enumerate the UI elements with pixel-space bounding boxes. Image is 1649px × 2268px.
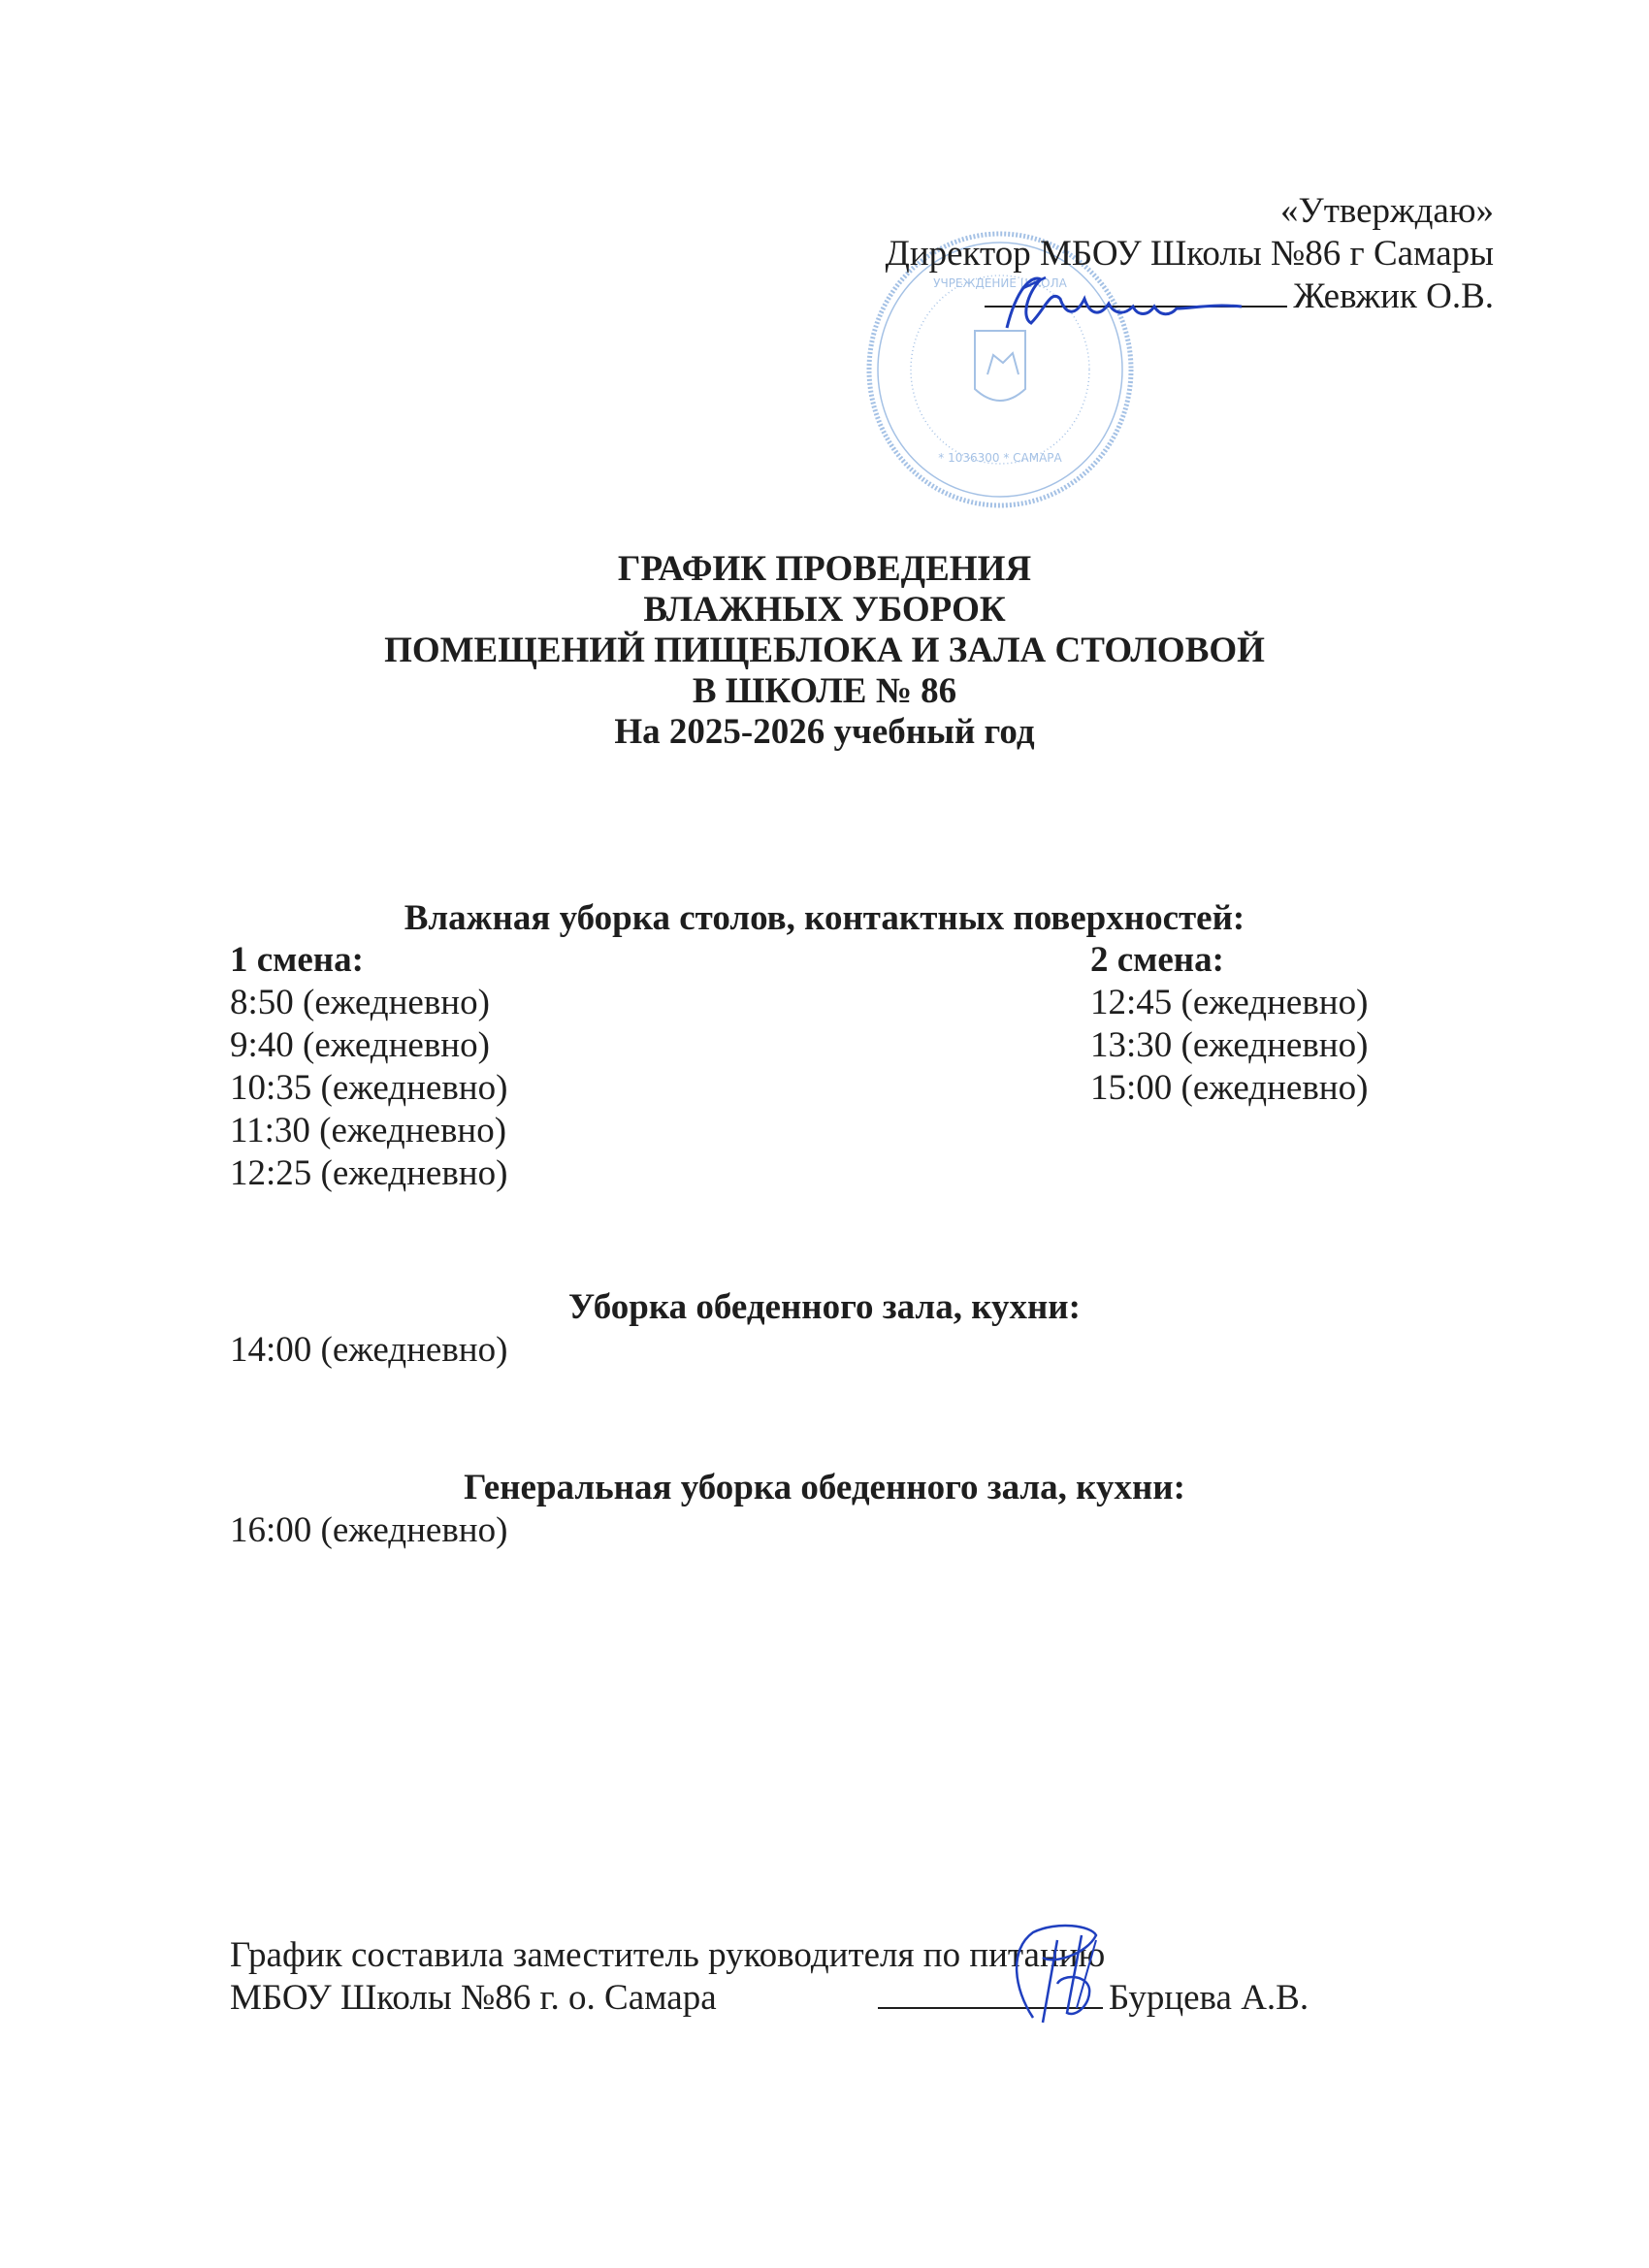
- compiler-signature-line: Бурцева А.В.: [878, 1977, 1309, 2020]
- schedule-item: 9:40 (ежедневно): [230, 1024, 507, 1067]
- schedule-item: 10:35 (ежедневно): [230, 1067, 507, 1110]
- general-cleaning-schedule: 16:00 (ежедневно): [230, 1509, 507, 1552]
- title-line: ВЛАЖНЫХ УБОРОК: [0, 590, 1649, 631]
- director-position: Директор МБОУ Школы №86 г Самары: [886, 233, 1494, 275]
- document-title: ГРАФИК ПРОВЕДЕНИЯ ВЛАЖНЫХ УБОРОК ПОМЕЩЕН…: [0, 549, 1649, 753]
- director-name: Жевжик О.В.: [1293, 276, 1494, 316]
- schedule-item: 12:25 (ежедневно): [230, 1152, 507, 1195]
- section-heading-hall-cleaning: Уборка обеденного зала, кухни:: [0, 1286, 1649, 1329]
- svg-text:* 1036300 * САМАРА: * 1036300 * САМАРА: [938, 451, 1062, 465]
- schedule-item: 14:00 (ежедневно): [230, 1329, 507, 1372]
- approve-label: «Утверждаю»: [886, 190, 1494, 233]
- schedule-item: 12:45 (ежедневно): [1090, 982, 1368, 1024]
- approval-block: «Утверждаю» Директор МБОУ Школы №86 г Са…: [886, 190, 1494, 318]
- shift1-schedule: 1 смена: 8:50 (ежедневно) 9:40 (ежедневн…: [230, 939, 507, 1195]
- director-signature-line: Жевжик О.В.: [886, 275, 1494, 318]
- schedule-item: 15:00 (ежедневно): [1090, 1067, 1368, 1110]
- title-line: В ШКОЛЕ № 86: [0, 671, 1649, 712]
- hall-cleaning-schedule: 14:00 (ежедневно): [230, 1329, 507, 1372]
- schedule-item: 8:50 (ежедневно): [230, 982, 507, 1024]
- title-line: ГРАФИК ПРОВЕДЕНИЯ: [0, 549, 1649, 590]
- title-line: ПОМЕЩЕНИЙ ПИЩЕБЛОКА И ЗАЛА СТОЛОВОЙ: [0, 631, 1649, 671]
- signature-underline: [878, 1978, 1103, 2009]
- shift2-label: 2 смена:: [1090, 939, 1368, 982]
- compiler-position: График составила заместитель руководител…: [230, 1934, 1105, 1977]
- shift2-schedule: 2 смена: 12:45 (ежедневно) 13:30 (ежедне…: [1090, 939, 1368, 1110]
- section-heading-wet-cleaning: Влажная уборка столов, контактных поверх…: [0, 897, 1649, 940]
- schedule-item: 16:00 (ежедневно): [230, 1509, 507, 1552]
- shift1-label: 1 смена:: [230, 939, 507, 982]
- compiler-name: Бурцева А.В.: [1109, 1978, 1309, 2018]
- section-heading-general-cleaning: Генеральная уборка обеденного зала, кухн…: [0, 1467, 1649, 1509]
- schedule-item: 13:30 (ежедневно): [1090, 1024, 1368, 1067]
- title-line: На 2025-2026 учебный год: [0, 712, 1649, 753]
- schedule-item: 11:30 (ежедневно): [230, 1110, 507, 1152]
- signature-underline: [985, 276, 1287, 308]
